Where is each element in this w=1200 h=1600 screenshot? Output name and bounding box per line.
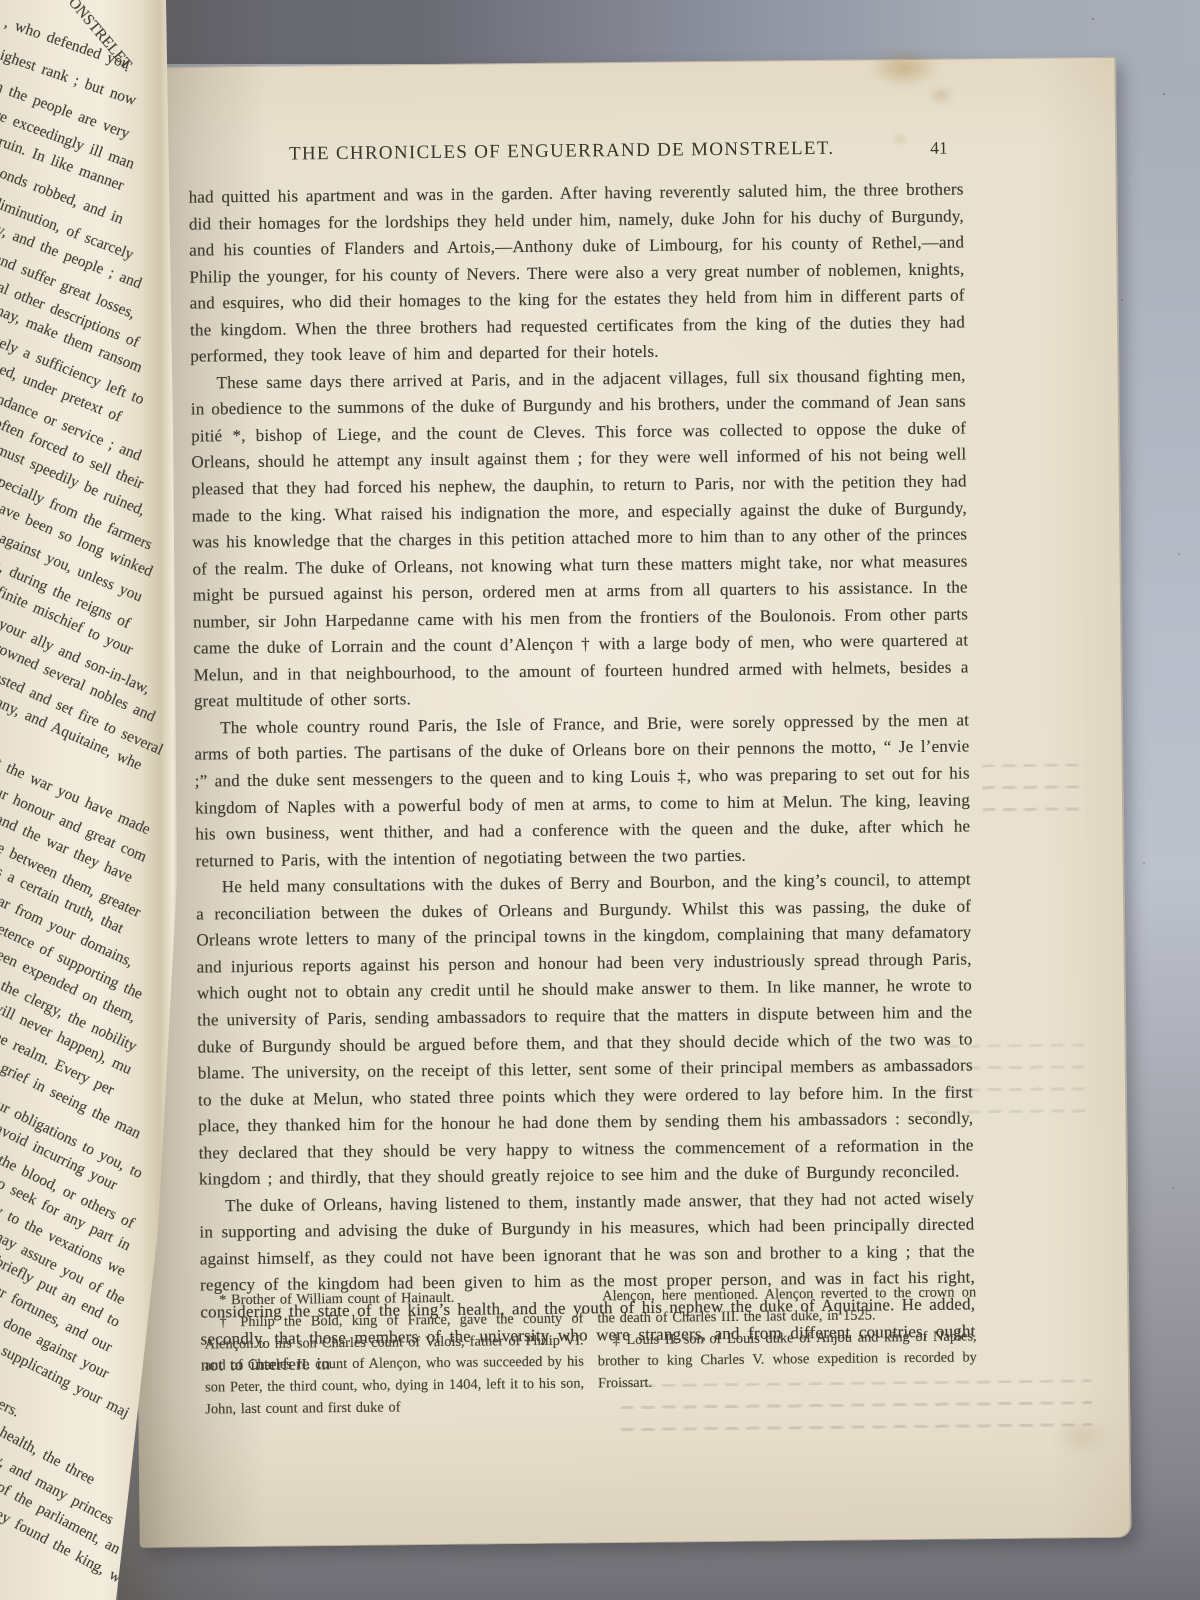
page-title: THE CHRONICLES OF ENGUERRAND DE MONSTREL… — [174, 137, 949, 167]
paragraph: had quitted his apartment and was in the… — [189, 176, 966, 370]
book-photo: THE CHRONICLES OF ENGUERRAND DE MONSTREL… — [0, 0, 1200, 1600]
page-number: 41 — [930, 138, 948, 159]
paragraph: The whole country round Paris, the Isle … — [194, 707, 971, 874]
foxing-stain — [928, 86, 954, 104]
running-header: THE CHRONICLES OF ENGUERRAND DE MONSTREL… — [188, 136, 963, 170]
paragraph: He held many consultations with the duke… — [196, 867, 974, 1194]
footnote: Alençon, here mentioned. Alençon reverte… — [597, 1282, 976, 1330]
show-through-text — [620, 1379, 1092, 1432]
foxing-stain — [868, 48, 940, 88]
foxing-stain — [1052, 1420, 1112, 1454]
show-through-text — [982, 763, 1089, 816]
body-text: had quitted his apartment and was in the… — [189, 176, 976, 1379]
foxing-stain — [893, 134, 907, 144]
show-through-text — [925, 1043, 1086, 1121]
left-page-text-fragment: hers. — [0, 1392, 22, 1422]
right-book-page: THE CHRONICLES OF ENGUERRAND DE MONSTREL… — [124, 57, 1131, 1548]
paragraph: These same days there arrived at Paris, … — [190, 362, 969, 715]
